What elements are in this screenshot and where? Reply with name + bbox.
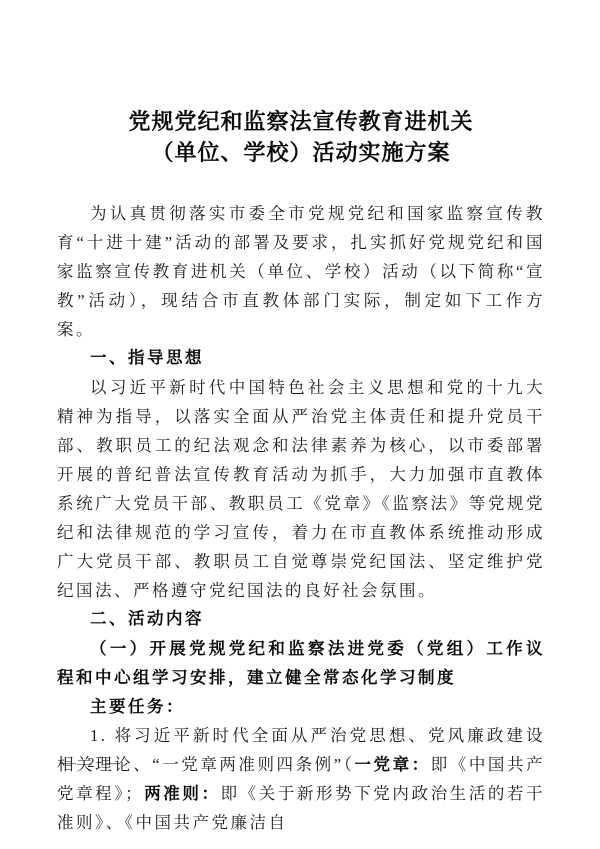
section-heading: 一、指导思想	[57, 344, 545, 373]
bold-text-run: 一、指导思想	[90, 349, 204, 367]
body-paragraph: 1. 将习近平新时代全面从严治党思想、党风廉政建设相关理论、“一党章两准则四条例…	[57, 721, 545, 837]
page-number: — 2 —	[62, 756, 124, 772]
bold-text-run: 主要任务：	[90, 697, 185, 716]
sub-section-heading: （一）开展党规党纪和监察法进党委（党组）工作议程和中心组学习安排，建立健全常态化…	[57, 634, 545, 692]
bold-text-run: 一党章：	[354, 755, 430, 774]
bold-text-run: （一）开展党规党纪和监察法进党委（党组）工作议程和中心组学习安排，建立健全常态化…	[57, 639, 545, 687]
document-page: 党规党纪和监察法宣传教育进机关 （单位、学校）活动实施方案 为认真贯彻落实市委全…	[0, 0, 600, 849]
text-run: 为认真贯彻落实市委全市党规党纪和国家监察宣传教育“十进十建”活动的部署及要求，扎…	[57, 204, 545, 339]
document-title: 党规党纪和监察法宣传教育进机关 （单位、学校）活动实施方案	[57, 106, 545, 168]
section-heading: 二、活动内容	[57, 605, 545, 634]
text-run: 以习近平新时代中国特色社会主义思想和党的十九大精神为指导，以落实全面从严治党主体…	[57, 378, 545, 600]
bold-text-run: 两准则：	[144, 784, 220, 803]
sub-section-heading: 主要任务：	[57, 692, 545, 721]
body-paragraph: 以习近平新时代中国特色社会主义思想和党的十九大精神为指导，以落实全面从严治党主体…	[57, 373, 545, 605]
document-body: 为认真贯彻落实市委全市党规党纪和国家监察宣传教育“十进十建”活动的部署及要求，扎…	[57, 199, 545, 837]
document-title-line-1: 党规党纪和监察法宣传教育进机关	[128, 109, 473, 134]
body-paragraph: 为认真贯彻落实市委全市党规党纪和国家监察宣传教育“十进十建”活动的部署及要求，扎…	[57, 199, 545, 344]
document-title-line-2: （单位、学校）活动实施方案	[151, 140, 450, 165]
bold-text-run: 二、活动内容	[90, 610, 204, 628]
